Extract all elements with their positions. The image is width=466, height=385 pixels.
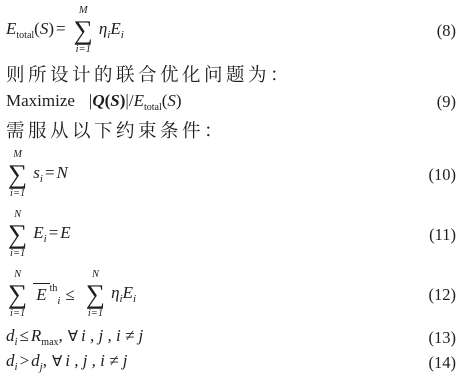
s-equals-n: si=N: [33, 164, 68, 185]
sum-lower-limit: i=1: [10, 189, 25, 200]
equation-10-formula: M ∑ i=1 si=N: [6, 150, 68, 200]
equation-14-formula: di>dj,∀i , j , i ≠ j: [6, 352, 127, 373]
forall-symbol: ∀: [47, 352, 65, 370]
sum-operator: N ∑ i=1: [8, 210, 27, 260]
chinese-text: 则所设计的联合优化问题为：: [6, 61, 292, 87]
sum-operator-left: N ∑ i=1: [8, 270, 27, 320]
sigma-icon: ∑: [8, 281, 27, 310]
equation-13-formula: di≤Rmax,∀i , j , i ≠ j: [6, 327, 143, 348]
sigma-icon: ∑: [74, 17, 93, 46]
eta-e-term: ηiEi: [111, 284, 136, 305]
equation-14-number: (14): [429, 353, 457, 373]
equation-12-formula: N ∑ i=1 Ethi≤ N ∑ i=1 ηiEi: [6, 270, 136, 320]
equation-13-number: (13): [429, 328, 457, 348]
equation-11-formula: N ∑ i=1 Ei=E: [6, 210, 71, 260]
equation-8-formula: Etotal(S)= M ∑ i=1 ηiEi: [6, 6, 124, 56]
text-line-2: 需服从以下约束条件：: [6, 115, 456, 145]
equation-11-number: (11): [429, 225, 456, 245]
sum-operator: M ∑ i=1: [8, 150, 27, 200]
text-line-1: 则所设计的联合优化问题为：: [6, 59, 456, 89]
e-equals-e: Ei=E: [33, 224, 70, 245]
sigma-icon: ∑: [8, 221, 27, 250]
e-bar-threshold-term: Ethi≤: [33, 283, 80, 307]
sum-operator: M ∑ i=1: [74, 6, 93, 56]
sigma-icon: ∑: [8, 161, 27, 190]
equation-8: Etotal(S)= M ∑ i=1 ηiEi (8): [6, 3, 456, 59]
sum-lower-limit: i=1: [10, 309, 25, 320]
equation-10: M ∑ i=1 si=N (10): [6, 145, 456, 205]
equation-13: di≤Rmax,∀i , j , i ≠ j (13): [6, 325, 456, 350]
forall-symbol: ∀: [63, 327, 81, 345]
sum-operator-right: N ∑ i=1: [86, 270, 105, 320]
equation-11: N ∑ i=1 Ei=E (11): [6, 205, 456, 265]
equation-12: N ∑ i=1 Ethi≤ N ∑ i=1 ηiEi (12): [6, 265, 456, 325]
equation-12-number: (12): [429, 285, 457, 305]
equation-10-number: (10): [429, 165, 457, 185]
eta-e-term: ηiEi: [99, 20, 124, 41]
sigma-icon: ∑: [86, 281, 105, 310]
equation-14: di>dj,∀i , j , i ≠ j (14): [6, 350, 456, 375]
sum-lower-limit: i=1: [88, 309, 103, 320]
equation-9-number: (9): [437, 92, 456, 112]
equation-9: Maximize|Q(S)|/Etotal(S) (9): [6, 89, 456, 115]
equation-9-formula: Maximize|Q(S)|/Etotal(S): [6, 92, 182, 113]
paper-page: Etotal(S)= M ∑ i=1 ηiEi (8) 则所设计的联合优化问题为…: [0, 0, 466, 385]
equation-8-number: (8): [437, 21, 456, 41]
distance-constraint: di≤Rmax,∀i , j , i ≠ j: [6, 327, 143, 348]
ordering-constraint: di>dj,∀i , j , i ≠ j: [6, 352, 127, 373]
chinese-text: 需服从以下约束条件：: [6, 117, 226, 143]
sum-lower-limit: i=1: [10, 249, 25, 260]
e-total-lhs: Etotal(S)=: [6, 20, 68, 41]
maximize-objective: Maximize|Q(S)|/Etotal(S): [6, 92, 182, 113]
sum-lower-limit: i=1: [76, 45, 91, 56]
